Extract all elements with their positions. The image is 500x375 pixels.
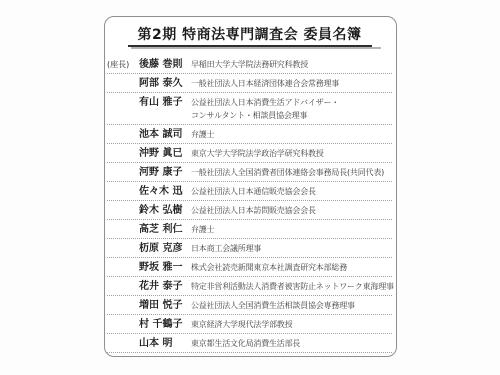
member-title-line: 株式会社読売新聞東京本社調査研究本部総務 xyxy=(191,261,392,274)
member-title-line: コンサルタント・相談員協会理事 xyxy=(191,109,392,122)
member-roster-card: 第2期 特商法専門調査会 委員名簿 (座長)後藤 巻則早稲田大学大学院法務研究科… xyxy=(104,16,397,357)
member-title: 株式会社読売新聞東京本社調査研究本部総務 xyxy=(191,261,392,274)
member-name: 阿部 泰久 xyxy=(139,77,191,90)
member-name: 山本 明 xyxy=(139,337,191,350)
member-name: 杤原 克彦 xyxy=(139,242,191,255)
member-name: 鈴木 弘樹 xyxy=(139,204,191,217)
member-title-line: 弁護士 xyxy=(191,223,392,236)
member-row: 鈴木 弘樹公益社団法人日本訪問販売協会会長 xyxy=(107,201,392,220)
member-list: (座長)後藤 巻則早稲田大学大学院法務研究科教授阿部 泰久一般社団法人日本経済団… xyxy=(107,55,392,353)
member-row: (座長)後藤 巻則早稲田大学大学院法務研究科教授 xyxy=(107,55,392,74)
member-title: 一般社団法人全国消費者団体連絡会事務局長(共同代表) xyxy=(191,166,392,179)
member-title: 公益社団法人全国消費生活相談員協会専務理事 xyxy=(191,299,392,312)
title-block: 第2期 特商法専門調査会 委員名簿 xyxy=(107,27,392,49)
member-row: 佐々木 迅公益社団法人日本通信販売協会会長 xyxy=(107,182,392,201)
member-name: 沖野 眞已 xyxy=(139,147,191,160)
member-row: 野坂 雅一株式会社読売新聞東京本社調査研究本部総務 xyxy=(107,258,392,277)
member-row: 増田 悦子公益社団法人全国消費生活相談員協会専務理事 xyxy=(107,296,392,315)
member-title: 弁護士 xyxy=(191,223,392,236)
title-underline-shadow xyxy=(131,47,381,49)
member-name: 有山 雅子 xyxy=(139,96,191,109)
member-row: 池本 誠司弁護士 xyxy=(107,125,392,144)
member-name: 後藤 巻則 xyxy=(139,58,191,71)
member-name: 河野 康子 xyxy=(139,166,191,179)
page-title: 第2期 特商法専門調査会 委員名簿 xyxy=(107,27,392,44)
member-name: 佐々木 迅 xyxy=(139,185,191,198)
chair-label: (座長) xyxy=(107,58,139,71)
member-title: 東京都生活文化局消費生活部長 xyxy=(191,337,392,350)
member-title-line: 一般社団法人全国消費者団体連絡会事務局長(共同代表) xyxy=(191,166,392,179)
member-name: 池本 誠司 xyxy=(139,128,191,141)
member-title: 日本商工会議所理事 xyxy=(191,242,392,255)
member-title: 公益社団法人日本消費生活アドバイザー・コンサルタント・相談員協会理事 xyxy=(191,96,392,122)
member-title: 公益社団法人日本訪問販売協会会長 xyxy=(191,204,392,217)
member-title: 特定非営利活動法人消費者被害防止ネットワーク東海理事 xyxy=(191,280,392,293)
member-title: 弁護士 xyxy=(191,128,392,141)
member-title: 公益社団法人日本通信販売協会会長 xyxy=(191,185,392,198)
member-row: 杤原 克彦日本商工会議所理事 xyxy=(107,239,392,258)
member-row: 山本 明東京都生活文化局消費生活部長 xyxy=(107,334,392,353)
member-title: 東京経済大学現代法学部教授 xyxy=(191,318,392,331)
member-title-line: 弁護士 xyxy=(191,128,392,141)
member-title-line: 一般社団法人日本経済団体連合会常務理事 xyxy=(191,77,392,90)
member-title-line: 東京都生活文化局消費生活部長 xyxy=(191,337,392,350)
member-title-line: 日本商工会議所理事 xyxy=(191,242,392,255)
member-title: 東京大学大学院法学政治学研究科教授 xyxy=(191,147,392,160)
member-name: 村 千鶴子 xyxy=(139,318,191,331)
member-title: 早稲田大学大学院法務研究科教授 xyxy=(191,58,392,71)
member-row: 高芝 利仁弁護士 xyxy=(107,220,392,239)
member-row: 阿部 泰久一般社団法人日本経済団体連合会常務理事 xyxy=(107,74,392,93)
member-title-line: 公益社団法人全国消費生活相談員協会専務理事 xyxy=(191,299,392,312)
member-name: 花井 泰子 xyxy=(139,280,191,293)
member-name: 高芝 利仁 xyxy=(139,223,191,236)
member-row: 花井 泰子特定非営利活動法人消費者被害防止ネットワーク東海理事 xyxy=(107,277,392,296)
member-row: 村 千鶴子東京経済大学現代法学部教授 xyxy=(107,315,392,334)
member-title-line: 特定非営利活動法人消費者被害防止ネットワーク東海理事 xyxy=(191,280,392,293)
member-row: 河野 康子一般社団法人全国消費者団体連絡会事務局長(共同代表) xyxy=(107,163,392,182)
member-name: 増田 悦子 xyxy=(139,299,191,312)
member-title-line: 東京経済大学現代法学部教授 xyxy=(191,318,392,331)
member-title: 一般社団法人日本経済団体連合会常務理事 xyxy=(191,77,392,90)
member-row: 有山 雅子公益社団法人日本消費生活アドバイザー・コンサルタント・相談員協会理事 xyxy=(107,93,392,125)
member-title-line: 早稲田大学大学院法務研究科教授 xyxy=(191,58,392,71)
member-title-line: 公益社団法人日本訪問販売協会会長 xyxy=(191,204,392,217)
member-title-line: 公益社団法人日本通信販売協会会長 xyxy=(191,185,392,198)
page: { "header": { "title": "第2期 特商法専門調査会 委員名… xyxy=(0,0,500,375)
member-title-line: 公益社団法人日本消費生活アドバイザー・ xyxy=(191,96,392,109)
member-row: 沖野 眞已東京大学大学院法学政治学研究科教授 xyxy=(107,144,392,163)
member-name: 野坂 雅一 xyxy=(139,261,191,274)
member-title-line: 東京大学大学院法学政治学研究科教授 xyxy=(191,147,392,160)
